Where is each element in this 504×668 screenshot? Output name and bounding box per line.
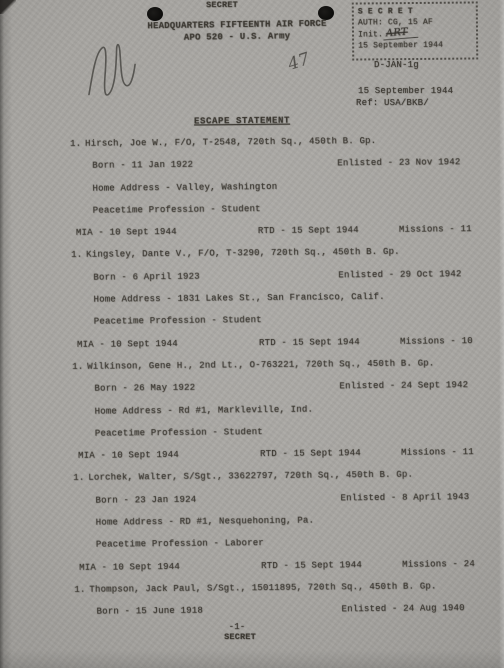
entry-thompson: 1.Thompson, Jack Paul, S/Sgt., 15011895,… [4, 581, 504, 630]
entry-missions: Missions - 24 [402, 559, 475, 570]
entry-born: Born - 15 June 1918 [96, 606, 203, 617]
entry-home-address: Home Address - Rd #1, Markleville, Ind. [95, 404, 314, 416]
entry-hirsch: 1.Hirsch, Joe W., F/O, T-2548, 720th Sq.… [0, 135, 504, 251]
scanned-document-page: SECRET HEADQUARTERS FIFTEENTH AIR FORCE … [0, 0, 504, 668]
entry-missions: Missions - 10 [400, 336, 473, 347]
handwritten-signature-scribble [72, 32, 155, 109]
entry-born: Born - 23 Jan 1924 [95, 494, 196, 505]
entry-number: 1. [70, 139, 81, 149]
entry-rtd: RTD - 15 Sept 1944 [258, 225, 359, 236]
entry-home-address: Home Address - RD #1, Nesquehoning, Pa. [96, 516, 315, 528]
entry-mia: MIA - 10 Sept 1944 [78, 450, 179, 461]
entry-enlisted: Enlisted - 29 Oct 1942 [338, 269, 461, 280]
scan-corner-artifact [0, 0, 16, 14]
statement-entries: 1.Hirsch, Joe W., F/O, T-2548, 720th Sq.… [0, 135, 504, 630]
classification-header: SECRET [206, 0, 238, 10]
entry-enlisted: Enlisted - 8 April 1943 [340, 492, 469, 503]
entry-profession: Peacetime Profession - Laborer [96, 538, 264, 550]
entry-born: Born - 11 Jan 1922 [92, 160, 193, 171]
classification-footer: SECRET [224, 632, 256, 642]
entry-kingsley: 1.Kingsley, Dante V., F/O, T-3290, 720th… [1, 246, 504, 362]
entry-enlisted: Enlisted - 24 Aug 1940 [341, 603, 464, 614]
file-reference: D-JAN-1g [374, 60, 419, 70]
entry-rtd: RTD - 15 Sept 1944 [259, 337, 360, 348]
document-title: ESCAPE STATEMENT [194, 116, 290, 127]
page-number: -1- [229, 622, 246, 632]
handwritten-initials: ART [383, 26, 419, 41]
entry-mia: MIA - 10 Sept 1944 [79, 562, 180, 573]
entry-name-line: Wilkinson, Gene H., 2nd Lt., O-763221, 7… [87, 358, 434, 371]
entry-wilkinson: 1.Wilkinson, Gene H., 2nd Lt., O-763221,… [2, 358, 504, 474]
entry-rtd: RTD - 15 Sept 1944 [260, 448, 361, 459]
entry-mia: MIA - 10 Sept 1944 [76, 227, 177, 238]
entry-profession: Peacetime Profession - Student [95, 427, 263, 439]
entry-name-line: Kingsley, Dante V., F/O, T-3290, 720th S… [86, 247, 400, 260]
entry-name-line: Hirsch, Joe W., F/O, T-2548, 720th Sq., … [85, 136, 376, 149]
apo-line: APO 520 - U.S. Army [184, 31, 291, 42]
stamp-date: 15 September 1944 [358, 40, 472, 52]
document-date: 15 September 1944 [358, 86, 453, 96]
entry-profession: Peacetime Profession - Student [94, 315, 262, 327]
secret-stamp-box: S E C R E T AUTH: CG, 15 AF Init.ART 15 … [352, 1, 479, 60]
entry-enlisted: Enlisted - 24 Sept 1942 [339, 380, 468, 391]
entry-rtd: RTD - 15 Sept 1944 [261, 560, 362, 571]
entry-missions: Missions - 11 [399, 224, 472, 235]
handwritten-number: 47 [285, 49, 312, 75]
entry-profession: Peacetime Profession - Student [93, 204, 261, 216]
entry-enlisted: Enlisted - 23 Nov 1942 [337, 157, 460, 168]
hole-punch-left [147, 7, 163, 21]
entry-missions: Missions - 11 [401, 447, 474, 458]
entry-mia: MIA - 10 Sept 1944 [77, 339, 178, 350]
entry-name-line: Thompson, Jack Paul, S/Sgt., 15011895, 7… [89, 581, 436, 594]
entry-number: 1. [73, 473, 84, 483]
entry-born: Born - 6 April 1923 [93, 271, 200, 282]
entry-lorchek: 1.Lorchek, Walter, S/Sgt., 33622797, 720… [3, 469, 504, 585]
entry-name-line: Lorchek, Walter, S/Sgt., 33622797, 720th… [88, 470, 413, 483]
stamp-init-line: Init.ART [358, 28, 472, 41]
entry-number: 1. [71, 250, 82, 260]
headquarters-line: HEADQUARTERS FIFTEENTH AIR FORCE [147, 19, 326, 32]
ref-code: Ref: USA/BKB/ [356, 98, 429, 108]
entry-home-address: Home Address - Valley, Washington [92, 182, 277, 194]
entry-born: Born - 26 May 1922 [94, 383, 195, 394]
entry-home-address: Home Address - 1831 Lakes St., San Franc… [93, 292, 384, 305]
entry-number: 1. [72, 362, 83, 372]
stamp-init-label: Init. [358, 30, 383, 39]
entry-number: 1. [74, 585, 85, 595]
